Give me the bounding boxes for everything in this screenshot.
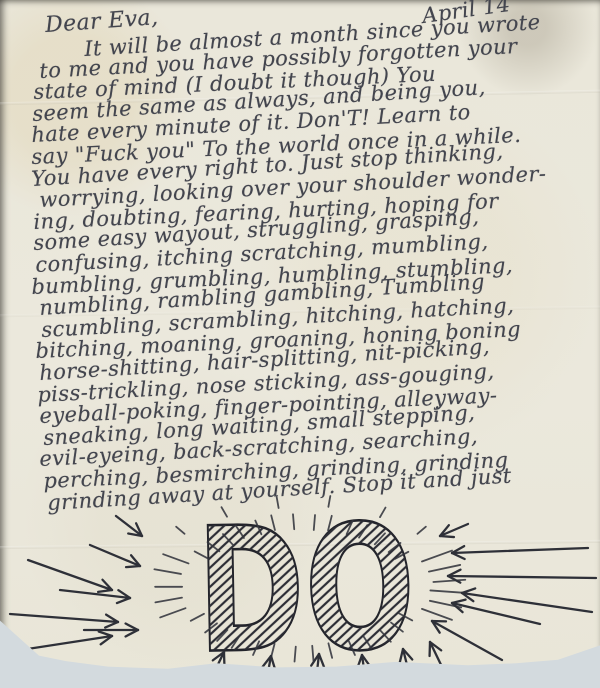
do-word: DO [195,487,416,688]
cutoff-print-fragment [2,664,28,669]
fold-crease [0,540,600,549]
radiating-ticks [154,496,465,662]
letter-paper: April 14 Dear Eva, It will be almost a m… [0,0,600,688]
emphasis-arrows [8,516,596,683]
cutoff-print-fragment [392,668,542,674]
